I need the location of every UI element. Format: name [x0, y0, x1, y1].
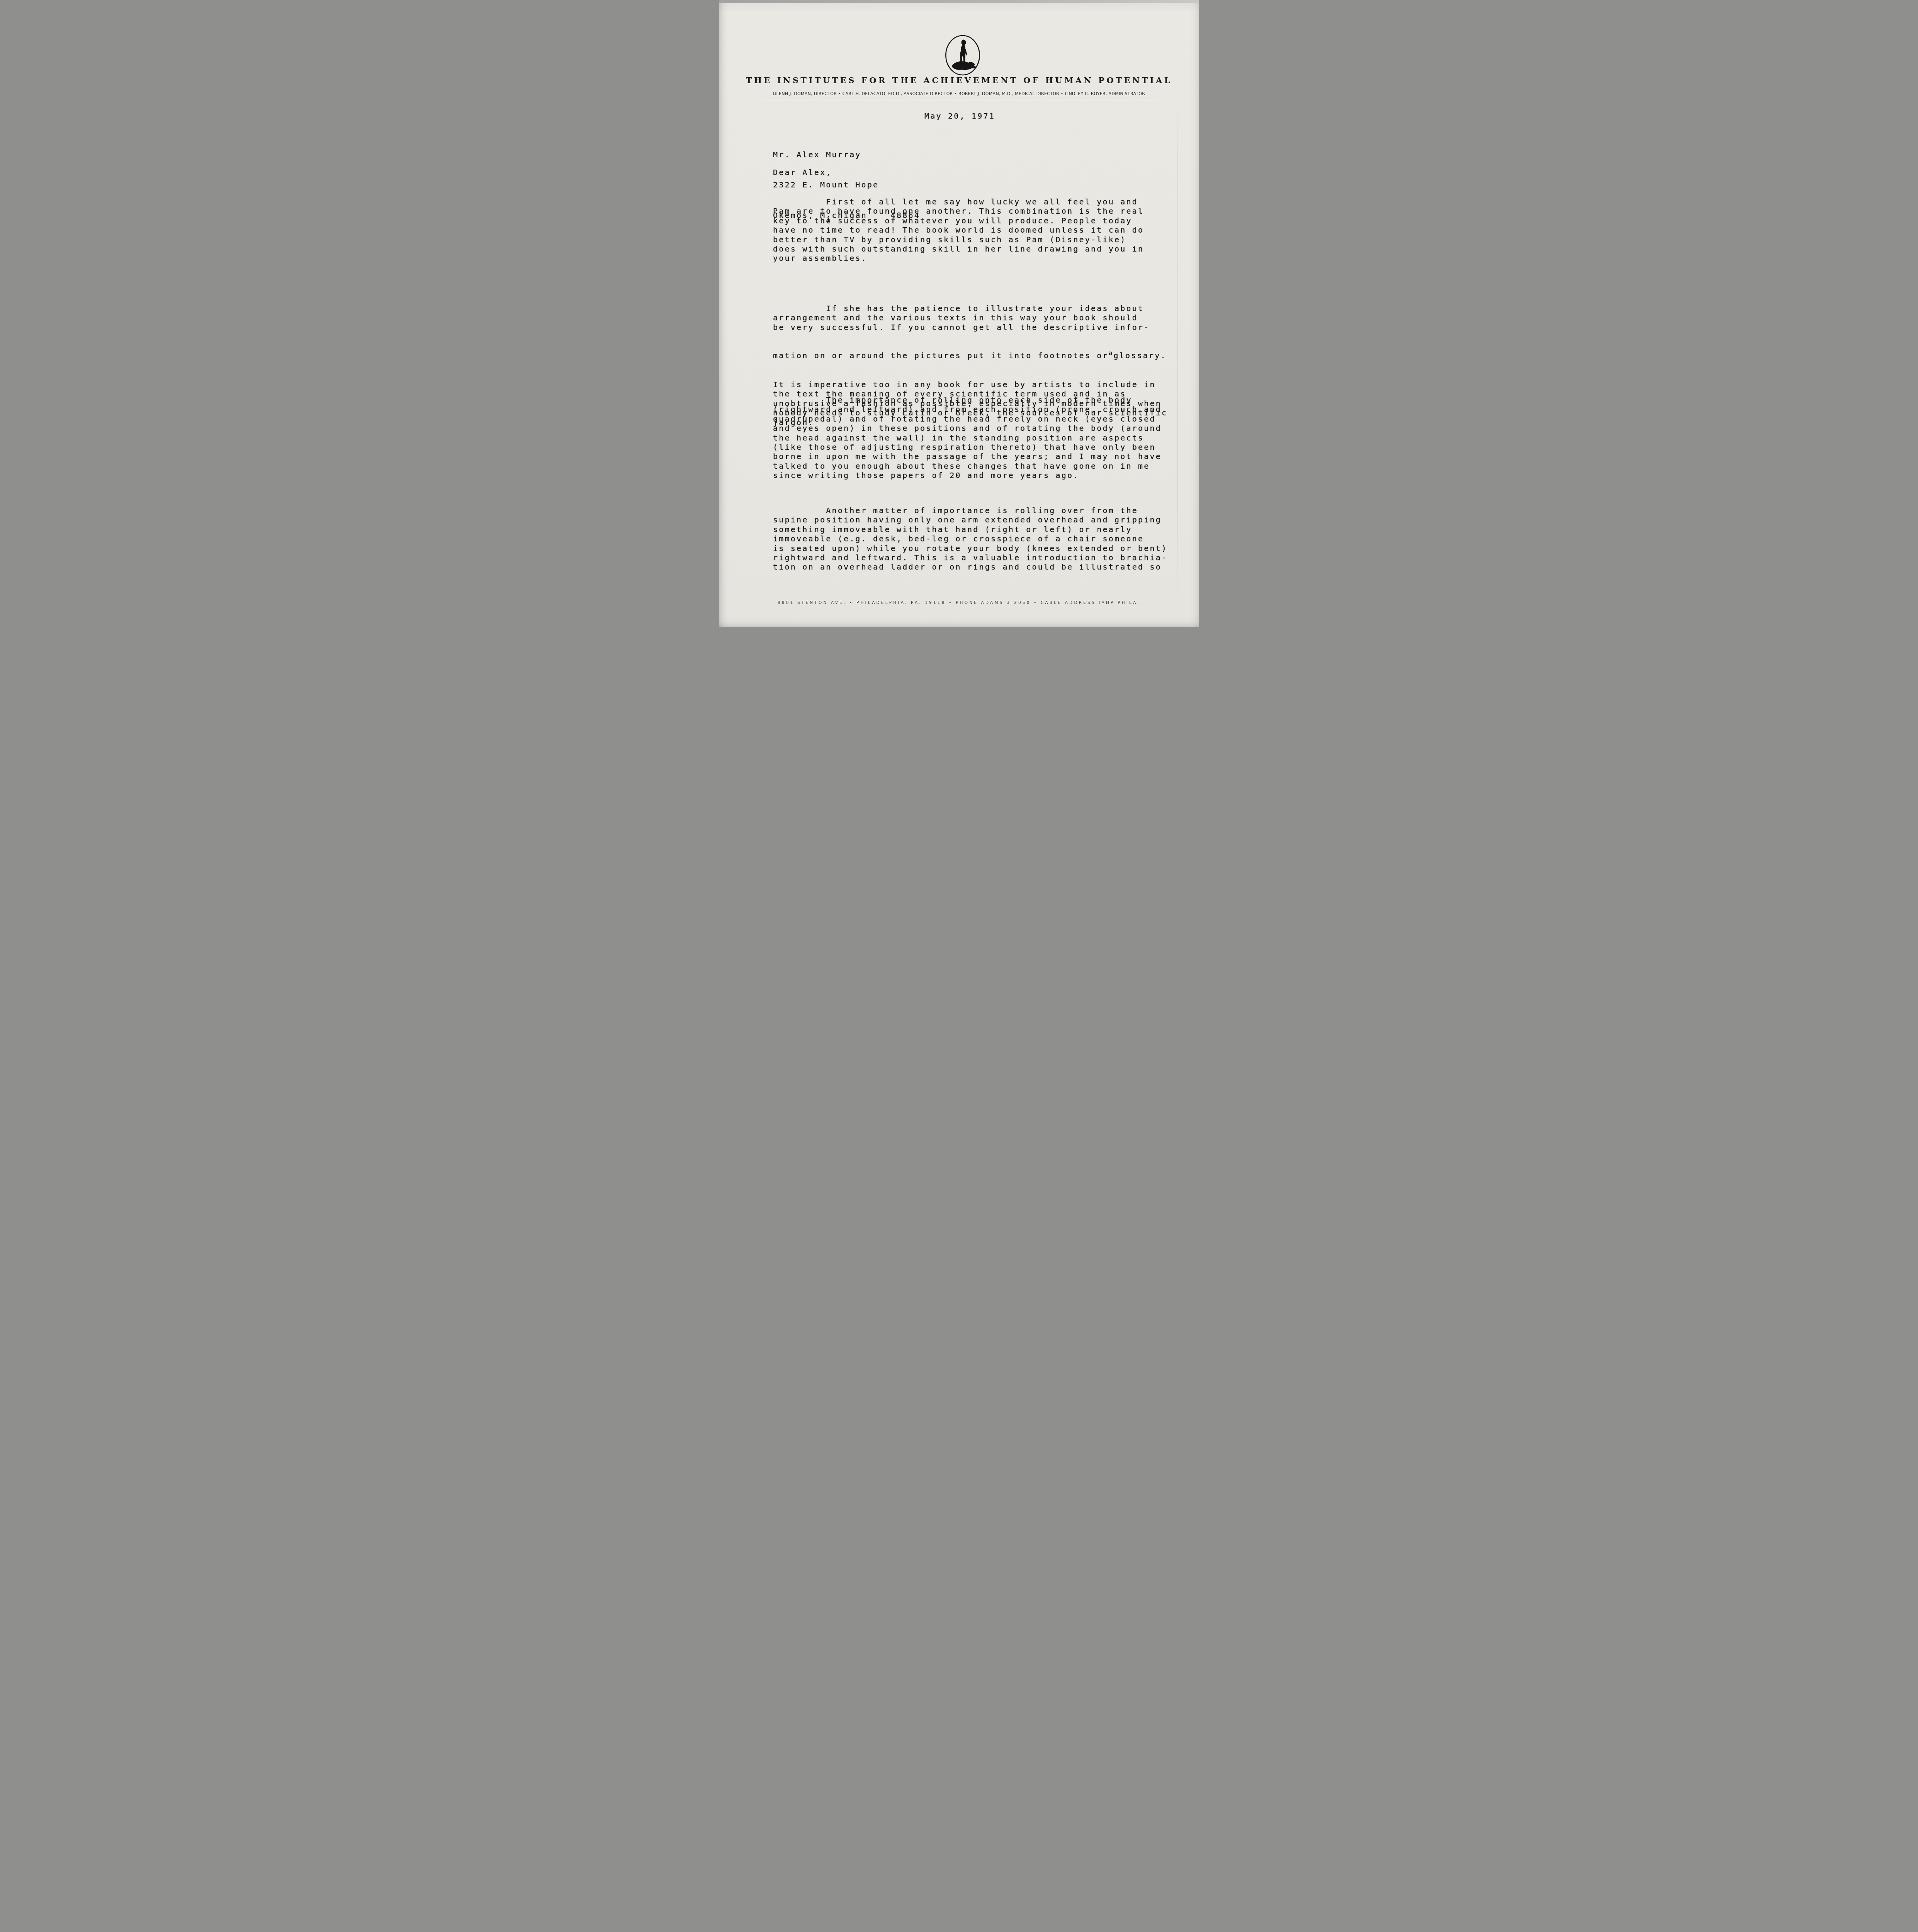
scanner-edge-strip: [719, 0, 1199, 3]
letterhead-rule: [761, 100, 1158, 100]
directors-line: GLENN J. DOMAN, DIRECTOR • CARL H. DELAC…: [719, 91, 1199, 97]
paragraph-4: Another matter of importance is rolling …: [773, 506, 1167, 572]
paragraph-2-start: If she has the patience to illustrate yo…: [773, 304, 1167, 332]
footer-contact-line: 8801 STENTON AVE. • PHILADELPHIA, PA. 19…: [719, 600, 1199, 605]
paragraph-3: The importance of rolling onto each side…: [773, 395, 1162, 480]
letter-date: May 20, 1971: [924, 111, 995, 121]
superscript-line-before: mation on or around the pictures put it …: [773, 351, 1109, 360]
paragraph-2-superscript-line: mation on or around the pictures put it …: [773, 351, 1167, 361]
recipient-name: Mr. Alex Murray: [773, 150, 920, 160]
organization-name: THE INSTITUTES FOR THE ACHIEVEMENT OF HU…: [719, 75, 1199, 85]
scanned-letter-page: THE INSTITUTES FOR THE ACHIEVEMENT OF HU…: [719, 0, 1199, 627]
superscript-a: a: [1109, 349, 1114, 358]
superscript-line-after: glossary.: [1114, 351, 1167, 360]
child-on-hand-logo-icon: [944, 34, 981, 77]
paragraph-1: First of all let me say how lucky we all…: [773, 197, 1144, 263]
paper-crease: [1177, 97, 1178, 607]
salutation: Dear Alex,: [773, 168, 832, 177]
recipient-street: 2322 E. Mount Hope: [773, 180, 920, 190]
